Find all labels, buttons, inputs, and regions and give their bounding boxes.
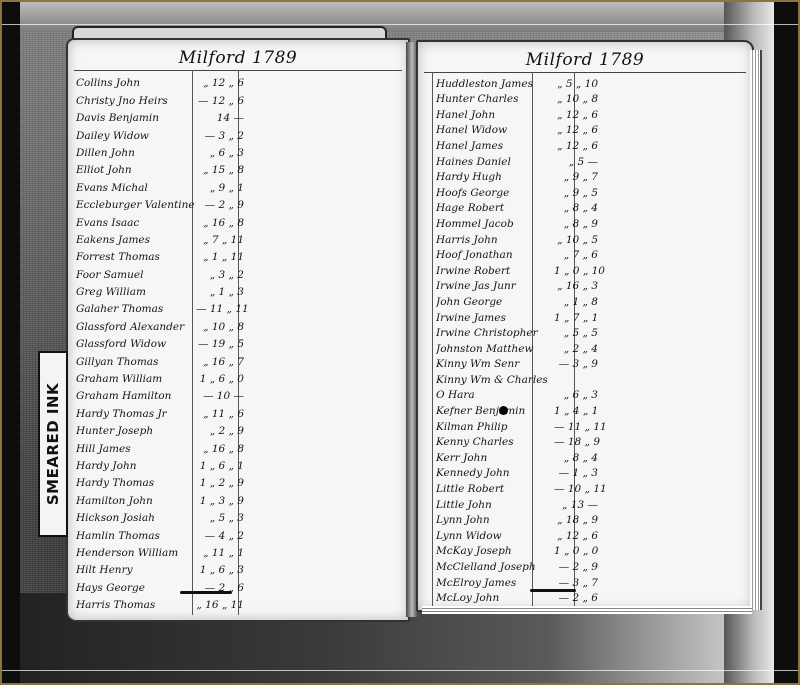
entry-name: Forrest Thomas xyxy=(76,251,196,263)
annotation-label: SMEARED INK xyxy=(38,351,68,537)
ledger-entry: Irwine Jas Junr„ 16 „ 3 xyxy=(436,277,746,293)
entry-name: McKay Joseph xyxy=(436,545,554,557)
ledger-entry: John George„ 1 „ 8 xyxy=(436,292,746,308)
entry-name: Hickson Josiah xyxy=(76,512,196,524)
entry-name: Eakens James xyxy=(76,234,196,246)
entry-amount: „ 13 — xyxy=(554,499,598,511)
ledger-entry: Gillyan Thomas„ 16 „ 7 xyxy=(76,350,402,367)
ledger-page-right: Milford 1789 Huddleston James„ 5 „ 10Hun… xyxy=(416,40,754,612)
total-underline xyxy=(530,589,576,592)
ledger-entry: Hanel John„ 12 „ 6 xyxy=(436,105,746,121)
ledger-entry: Dailey Widow— 3 „ 2 xyxy=(76,124,402,141)
entry-amount: „ 2 „ 9 xyxy=(196,425,244,437)
ledger-entry: Hage Robert„ 8 „ 4 xyxy=(436,199,746,215)
entry-amount: 14 — xyxy=(196,112,244,124)
entry-name: Johnston Matthew xyxy=(436,343,554,355)
ledger-entry: Hoofs George„ 9 „ 5 xyxy=(436,183,746,199)
entry-amount: — 10 „ 11 xyxy=(554,483,598,495)
entry-name: Hunter Joseph xyxy=(76,425,196,437)
entry-amount: „ 8 „ 9 xyxy=(554,218,598,230)
ledger-entry: Kinny Wm & Charles xyxy=(436,370,746,386)
entry-amount: „ 3 „ 2 xyxy=(196,269,244,281)
ledger-entry: Kennedy John— 1 „ 3 xyxy=(436,464,746,480)
entry-name: Gillyan Thomas xyxy=(76,356,196,368)
ledger-entry: Little Robert— 10 „ 11 xyxy=(436,479,746,495)
ledger-entry: Kilman Philip— 11 „ 11 xyxy=(436,417,746,433)
entry-name: Irwine Jas Junr xyxy=(436,280,554,292)
entry-amount: „ 12 „ 6 xyxy=(554,140,598,152)
ledger-entry: Galaher Thomas— 11 „ 11 xyxy=(76,298,402,315)
scan-line xyxy=(2,24,798,25)
ledger-entry: Forrest Thomas„ 1 „ 11 xyxy=(76,246,402,263)
entry-amount: „ 5 — xyxy=(554,156,598,168)
ledger-entry: Kinny Wm Senr— 3 „ 9 xyxy=(436,355,746,371)
entry-name: Hardy John xyxy=(76,460,196,472)
entry-amount: „ 5 „ 10 xyxy=(554,78,598,90)
entry-amount: „ 16 „ 11 xyxy=(196,599,244,611)
ledger-entry: Lynn John„ 18 „ 9 xyxy=(436,511,746,527)
entry-amount: „ 16 „ 8 xyxy=(196,443,244,455)
ledger-entry: Johnston Matthew„ 2 „ 4 xyxy=(436,339,746,355)
entry-amount: „ 11 „ 6 xyxy=(196,408,244,420)
entry-amount: 1 „ 3 „ 9 xyxy=(196,495,244,507)
entry-amount: 1 „ 6 „ 1 xyxy=(196,460,244,472)
entry-name: Greg William xyxy=(76,286,196,298)
entry-name: Hanel Widow xyxy=(436,124,554,136)
entry-amount: — 11 „ 11 xyxy=(196,303,244,315)
ledger-entry: McElroy James— 3 „ 7 xyxy=(436,573,746,589)
ledger-entry: Glassford Widow— 19 „ 5 xyxy=(76,333,402,350)
entry-amount: „ 8 „ 4 xyxy=(554,202,598,214)
entry-name: Henderson William xyxy=(76,547,196,559)
ledger-entry: Irwine Robert1 „ 0 „ 10 xyxy=(436,261,746,277)
entry-amount: 1 „ 0 „ 0 xyxy=(554,545,598,557)
entry-name: Eccleburger Valentine xyxy=(76,199,196,211)
ledger-entry: Kerr John„ 8 „ 4 xyxy=(436,448,746,464)
ledger-entry: Hickson Josiah„ 5 „ 3 xyxy=(76,507,402,524)
entry-name: O Hara xyxy=(436,389,554,401)
ledger-entry: Little John„ 13 — xyxy=(436,495,746,511)
entry-name: Kennedy John xyxy=(436,467,554,479)
entry-amount: „ 12 „ 6 xyxy=(554,530,598,542)
ledger-entry: Hardy Hugh„ 9 „ 7 xyxy=(436,168,746,184)
entry-name: Hanel John xyxy=(436,109,554,121)
entry-amount: „ 11 „ 1 xyxy=(196,547,244,559)
entry-name: Elliot John xyxy=(76,164,196,176)
entry-name: Little John xyxy=(436,499,554,511)
ledger-page-left: Milford 1789 Collins John„ 12 „ 6Christy… xyxy=(66,38,410,622)
entry-name: Dillen John xyxy=(76,147,196,159)
entry-name: Davis Benjamin xyxy=(76,112,196,124)
entry-name: Harris John xyxy=(436,234,554,246)
entry-name: Hardy Thomas Jr xyxy=(76,408,196,420)
entry-name: McLoy John xyxy=(436,592,554,604)
entry-amount: 1 „ 7 „ 1 xyxy=(554,312,598,324)
entry-name: Lynn Widow xyxy=(436,530,554,542)
total-underline xyxy=(180,591,232,594)
ledger-entry: Hommel Jacob„ 8 „ 9 xyxy=(436,214,746,230)
entry-amount: „ 7 „ 6 xyxy=(554,249,598,261)
ledger-entry: Davis Benjamin14 — xyxy=(76,107,402,124)
entry-amount: „ 10 „ 8 xyxy=(196,321,244,333)
entry-amount: „ 9 „ 5 xyxy=(554,187,598,199)
annotation-label-text: SMEARED INK xyxy=(44,383,62,505)
entry-name: Hardy Thomas xyxy=(76,477,196,489)
entry-amount: „ 10 „ 8 xyxy=(554,93,598,105)
entry-name: Collins John xyxy=(76,77,196,89)
entry-amount: — 3 „ 7 xyxy=(554,577,598,589)
entry-name: Hunter Charles xyxy=(436,93,554,105)
ledger-entry: Hardy Thomas Jr„ 11 „ 6 xyxy=(76,402,402,419)
entry-name: Hays George xyxy=(76,582,196,594)
entry-list: Huddleston James„ 5 „ 10Hunter Charles„ … xyxy=(436,74,746,604)
ledger-entry: Eakens James„ 7 „ 11 xyxy=(76,229,402,246)
entry-amount: „ 18 „ 9 xyxy=(554,514,598,526)
entry-amount: „ 10 „ 5 xyxy=(554,234,598,246)
column-divider xyxy=(432,72,433,607)
entry-amount: 1 „ 4 „ 1 xyxy=(554,405,598,417)
page-edges-bottom xyxy=(422,606,752,614)
entry-amount: „ 12 „ 6 xyxy=(196,77,244,89)
entry-amount: „ 12 „ 6 xyxy=(554,109,598,121)
ledger-entry: Henderson William„ 11 „ 1 xyxy=(76,542,402,559)
entry-amount: — 1 „ 3 xyxy=(554,467,598,479)
entry-name: Hamilton John xyxy=(76,495,196,507)
entry-name: Little Robert xyxy=(436,483,554,495)
ledger-entry: Graham Hamilton— 10 — xyxy=(76,385,402,402)
entry-name: Kenny Charles xyxy=(436,436,554,448)
ledger-entry: Evans Isaac„ 16 „ 8 xyxy=(76,211,402,228)
entry-name: Foor Samuel xyxy=(76,269,196,281)
ledger-entry: Irwine James1 „ 7 „ 1 xyxy=(436,308,746,324)
entry-amount: — 18 „ 9 xyxy=(554,436,598,448)
entry-name: Hilt Henry xyxy=(76,564,196,576)
entry-name: Kinny Wm Senr xyxy=(436,358,554,370)
ledger-entry: Foor Samuel„ 3 „ 2 xyxy=(76,263,402,280)
entry-amount: „ 2 „ 4 xyxy=(554,343,598,355)
entry-name: Haines Daniel xyxy=(436,156,554,168)
ledger-entry: Hardy Thomas1 „ 2 „ 9 xyxy=(76,472,402,489)
entry-name: Galaher Thomas xyxy=(76,303,196,315)
entry-name: Huddleston James xyxy=(436,78,554,90)
ledger-entry: Greg William„ 1 „ 3 xyxy=(76,281,402,298)
entry-amount: — 2 „ 9 xyxy=(196,199,244,211)
entry-amount: „ 16 „ 3 xyxy=(554,280,598,292)
entry-amount: „ 1 „ 3 xyxy=(196,286,244,298)
entry-name: McClelland Joseph xyxy=(436,561,554,573)
entry-list: Collins John„ 12 „ 6Christy Jno Heirs— 1… xyxy=(76,72,402,611)
ledger-entry: Haines Daniel„ 5 — xyxy=(436,152,746,168)
entry-amount: — 11 „ 11 xyxy=(554,421,598,433)
ledger-entry: O Hara„ 6 „ 3 xyxy=(436,386,746,402)
entry-amount: „ 1 „ 11 xyxy=(196,251,244,263)
entry-name: Christy Jno Heirs xyxy=(76,95,196,107)
entry-name: Hage Robert xyxy=(436,202,554,214)
ledger-entry: McLoy John— 2 „ 6 xyxy=(436,589,746,605)
entry-name: Hardy Hugh xyxy=(436,171,554,183)
entry-amount: „ 5 „ 5 xyxy=(554,327,598,339)
ledger-entry: Dillen John„ 6 „ 3 xyxy=(76,142,402,159)
ledger-entry: Kenny Charles— 18 „ 9 xyxy=(436,433,746,449)
entry-name: Hoofs George xyxy=(436,187,554,199)
ledger-entry: Hanel Widow„ 12 „ 6 xyxy=(436,121,746,137)
entry-amount: 1 „ 6 „ 3 xyxy=(196,564,244,576)
ledger-entry: Kefner Benjamin1 „ 4 „ 1 xyxy=(436,401,746,417)
ledger-entry: Hill James„ 16 „ 8 xyxy=(76,437,402,454)
entry-amount: — 10 — xyxy=(196,390,244,402)
entry-amount: „ 16 „ 7 xyxy=(196,356,244,368)
ledger-entry: Christy Jno Heirs— 12 „ 6 xyxy=(76,89,402,106)
entry-amount: „ 15 „ 8 xyxy=(196,164,244,176)
entry-name: Hoof Jonathan xyxy=(436,249,554,261)
ledger-entry: Hardy John1 „ 6 „ 1 xyxy=(76,455,402,472)
ledger-entry: Hunter Joseph„ 2 „ 9 xyxy=(76,420,402,437)
entry-amount: „ 16 „ 8 xyxy=(196,217,244,229)
entry-amount: 1 „ 6 „ 0 xyxy=(196,373,244,385)
entry-amount: „ 1 „ 8 xyxy=(554,296,598,308)
entry-name: Irwine James xyxy=(436,312,554,324)
ledger-entry: Evans Michal„ 9 „ 1 xyxy=(76,176,402,193)
title-rule xyxy=(424,72,746,73)
entry-amount: „ 8 „ 4 xyxy=(554,452,598,464)
page-title: Milford 1789 xyxy=(68,48,408,68)
entry-name: John George xyxy=(436,296,554,308)
entry-amount: 1 „ 2 „ 9 xyxy=(196,477,244,489)
entry-amount: — 2 „ 9 xyxy=(554,561,598,573)
entry-amount: — 19 „ 5 xyxy=(196,338,244,350)
entry-name: Graham Hamilton xyxy=(76,390,196,402)
ledger-entry: Irwine Christopher„ 5 „ 5 xyxy=(436,324,746,340)
scan-line xyxy=(2,670,798,671)
entry-amount: — 2 „ 6 xyxy=(554,592,598,604)
entry-amount: „ 9 „ 1 xyxy=(196,182,244,194)
entry-name: Kerr John xyxy=(436,452,554,464)
ledger-entry: Hoof Jonathan„ 7 „ 6 xyxy=(436,246,746,262)
entry-name: Lynn John xyxy=(436,514,554,526)
entry-amount: „ 6 „ 3 xyxy=(554,389,598,401)
entry-amount: „ 6 „ 3 xyxy=(196,147,244,159)
scan-right-border xyxy=(774,2,798,683)
ledger-entry: Elliot John„ 15 „ 8 xyxy=(76,159,402,176)
entry-name: McElroy James xyxy=(436,577,554,589)
scan-left-border xyxy=(2,2,20,683)
entry-name: Harris Thomas xyxy=(76,599,196,611)
ledger-entry: Hanel James„ 12 „ 6 xyxy=(436,136,746,152)
ledger-entry: Hamilton John1 „ 3 „ 9 xyxy=(76,489,402,506)
ledger-entry: Harris John„ 10 „ 5 xyxy=(436,230,746,246)
entry-name: Hill James xyxy=(76,443,196,455)
entry-amount: „ 7 „ 11 xyxy=(196,234,244,246)
entry-name: Kilman Philip xyxy=(436,421,554,433)
entry-name: Glassford Alexander xyxy=(76,321,196,333)
entry-amount: 1 „ 0 „ 10 xyxy=(554,265,598,277)
ledger-entry: Hamlin Thomas— 4 „ 2 xyxy=(76,524,402,541)
ledger-entry: Harris Thomas„ 16 „ 11 xyxy=(76,594,402,611)
ledger-entry: Huddleston James„ 5 „ 10 xyxy=(436,74,746,90)
entry-name: Hanel James xyxy=(436,140,554,152)
ledger-entry: Hilt Henry1 „ 6 „ 3 xyxy=(76,559,402,576)
entry-name: Irwine Robert xyxy=(436,265,554,277)
entry-amount: — 3 „ 9 xyxy=(554,358,598,370)
entry-name: Irwine Christopher xyxy=(436,327,554,339)
page-edges xyxy=(750,50,762,610)
ledger-entry: Collins John„ 12 „ 6 xyxy=(76,72,402,89)
entry-name: Kefner Benjamin xyxy=(436,405,554,417)
entry-amount: „ 9 „ 7 xyxy=(554,171,598,183)
ledger-entry: Hunter Charles„ 10 „ 8 xyxy=(436,90,746,106)
entry-amount: — 3 „ 2 xyxy=(196,130,244,142)
ledger-entry: Graham William1 „ 6 „ 0 xyxy=(76,368,402,385)
ledger-entry: Eccleburger Valentine— 2 „ 9 xyxy=(76,194,402,211)
ledger-entry: Hays George— 2 „ 6 xyxy=(76,576,402,593)
ledger-entry: McClelland Joseph— 2 „ 9 xyxy=(436,557,746,573)
entry-amount: — 12 „ 6 xyxy=(196,95,244,107)
entry-name: Evans Michal xyxy=(76,182,196,194)
entry-name: Evans Isaac xyxy=(76,217,196,229)
ledger-entry: Lynn Widow„ 12 „ 6 xyxy=(436,526,746,542)
entry-amount: — 4 „ 2 xyxy=(196,530,244,542)
entry-name: Kinny Wm & Charles xyxy=(436,374,554,386)
entry-name: Graham William xyxy=(76,373,196,385)
ink-blot xyxy=(499,406,508,415)
page-title: Milford 1789 xyxy=(418,50,752,70)
entry-name: Glassford Widow xyxy=(76,338,196,350)
scan-frame: Milford 1789 Collins John„ 12 „ 6Christy… xyxy=(2,2,798,683)
ledger-entry: Glassford Alexander„ 10 „ 8 xyxy=(76,315,402,332)
ledger-entry: McKay Joseph1 „ 0 „ 0 xyxy=(436,542,746,558)
entry-amount: „ 5 „ 3 xyxy=(196,512,244,524)
entry-amount: „ 12 „ 6 xyxy=(554,124,598,136)
entry-name: Hamlin Thomas xyxy=(76,530,196,542)
entry-name: Hommel Jacob xyxy=(436,218,554,230)
entry-name: Dailey Widow xyxy=(76,130,196,142)
